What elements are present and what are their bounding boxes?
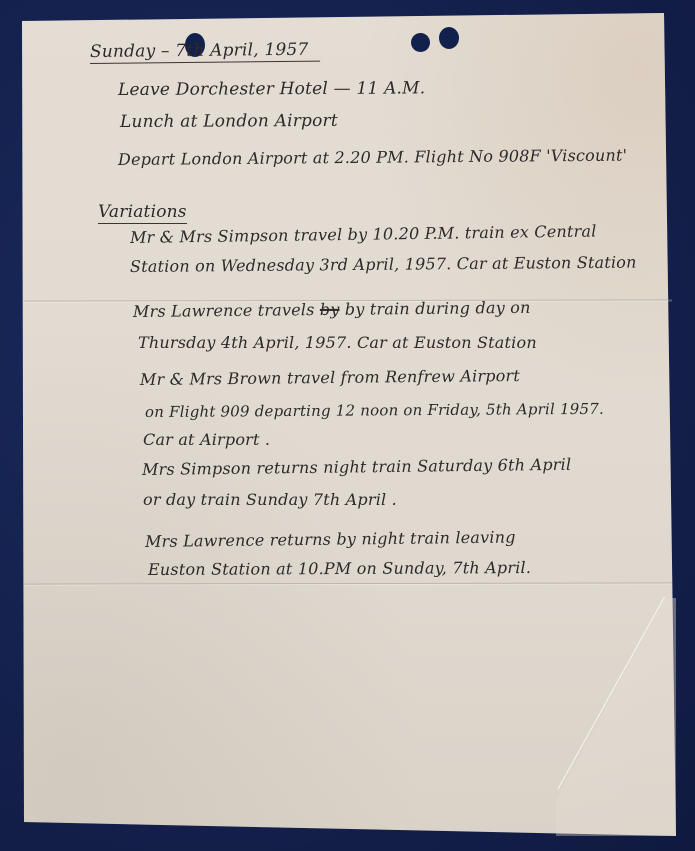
variation-4-line-2: or day train Sunday 7th April . — [143, 490, 397, 509]
punch-hole-middle — [411, 33, 430, 52]
variation-2-prefix: Mrs Lawrence travels — [133, 300, 315, 321]
variation-3-line-2: on Flight 909 departing 12 noon on Frida… — [145, 400, 604, 421]
punch-hole-right — [439, 27, 459, 49]
variation-2-line-2: Thursday 4th April, 1957. Car at Euston … — [138, 333, 537, 352]
struck-word: by — [320, 300, 340, 319]
variation-5-line-2: Euston Station at 10.PM on Sunday, 7th A… — [148, 558, 531, 579]
itinerary-line: Lunch at London Airport — [120, 111, 338, 132]
document-heading: Sunday – 7th April, 1957 — [90, 40, 320, 64]
paper-sheet: Sunday – 7th April, 1957 Leave Dorcheste… — [0, 0, 695, 851]
paper-shading — [0, 0, 695, 851]
variations-heading: Variations — [98, 202, 187, 224]
variation-2-suffix: by train during day on — [345, 298, 531, 319]
variation-3-line-3: Car at Airport . — [143, 430, 270, 449]
variation-3-line-1: Mr & Mrs Brown travel from Renfrew Airpo… — [140, 366, 520, 389]
itinerary-line: Leave Dorchester Hotel — 11 A.M. — [118, 78, 425, 100]
